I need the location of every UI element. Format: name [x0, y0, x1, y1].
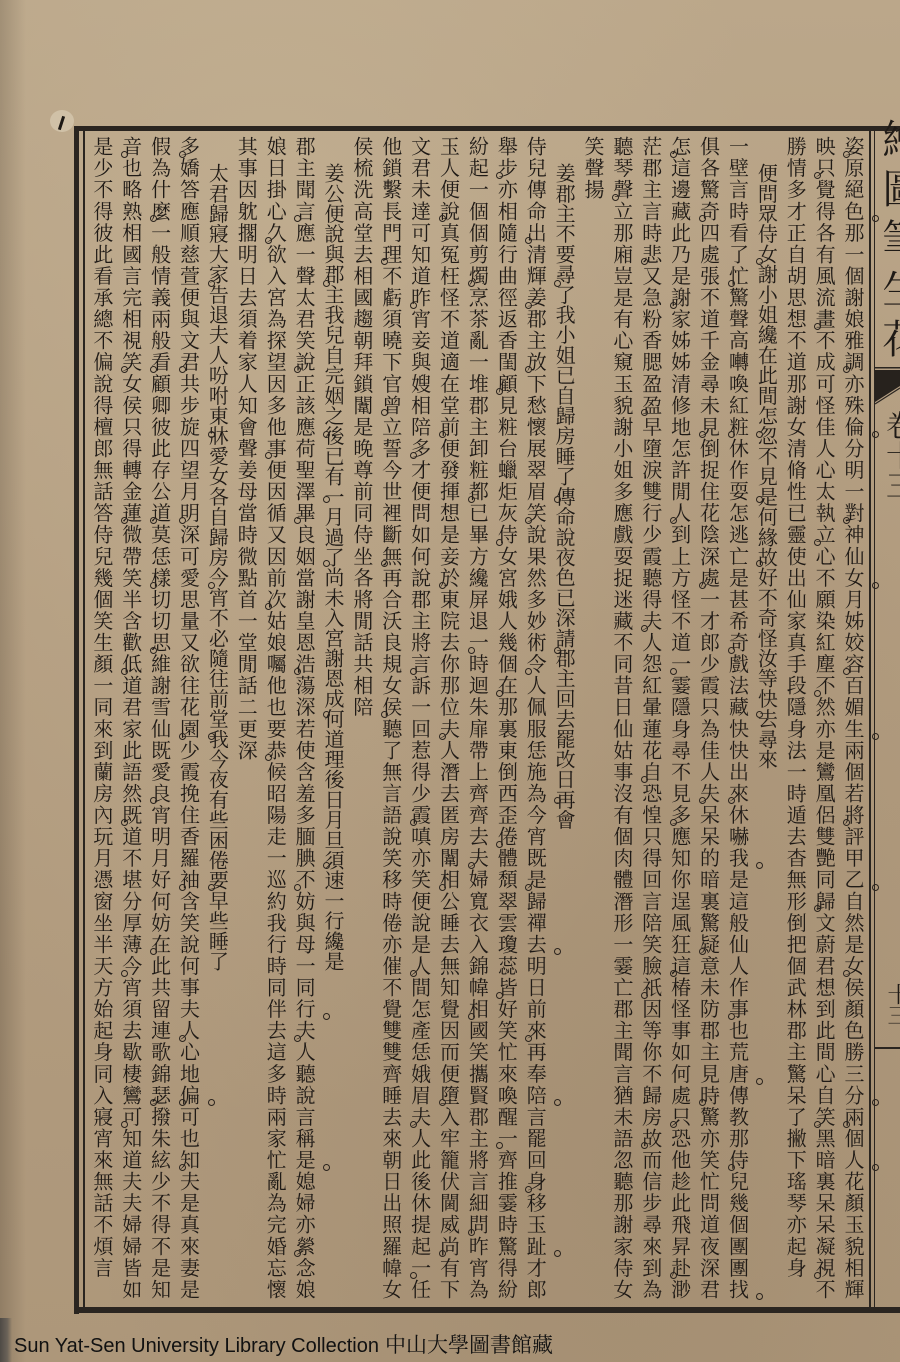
- text-column: 他鎖繫長門理不虧。須曉下官曾立誓。今世裡斷無再合沃良規。女侯聽了無言語。說笑移時…: [376, 136, 405, 1304]
- text-column: 笑聲揚。: [578, 136, 607, 1304]
- text-body: 姿原絕色。那一個謝娘雅調亦殊倫。分明一對神仙女。月姊姣容百媚生。兩個若將評甲乙。…: [86, 136, 867, 1304]
- text-column: 舉步亦相隨。行曲徑。返香閨。顧見粧台蠟炬灰。侍女宮娥人幾個。在那裏東倒西歪倦體頹…: [491, 136, 520, 1304]
- text-column: 假。為什麼一般情義兩般看。顧卿彼此存公道。莫恁樣切切思維謝雪仙。既愛良宵明月好。…: [145, 136, 174, 1304]
- margin-column-page-rule: [875, 1047, 900, 1049]
- text-column-prose: 太君歸寢大家告退夫人吩咐東牀愛女各自歸房今宵不必隨往前堂我今夜有些困倦要早些睡了: [203, 136, 232, 1304]
- frame-border-top: [74, 126, 900, 131]
- text-column: 玉人便說真冤枉。怪不道適在堂前便發揮。想是妾於東院去。你那位夫人潛去匿房闈。相公…: [434, 136, 463, 1304]
- text-column: 映。只覺得各有風流畫不成。可怪佳人心太執。立心不願染紅塵。不然亦是鸞凰侶。雙艷同…: [809, 136, 838, 1304]
- frame-border-bottom: [74, 1307, 900, 1313]
- caption-english: Sun Yat-Sen University Library Collectio…: [14, 1335, 379, 1357]
- text-column: 其事因躭擱。明日去須着家人知會聲。姜母當時微點首。一堂閒話二更深。: [231, 136, 260, 1304]
- page-number: 十三: [878, 983, 900, 1033]
- book-title-margin: 繪圖筆生花: [876, 118, 900, 363]
- text-column: 是。少不得彼此看承總不偏。說得檀郎無話答。侍兒幾個笑生顏。一同來到蘭房內。玩月憑…: [87, 136, 116, 1304]
- text-column-prose: 姜公便說與郡主我兒自完姻之後已有一月過了尚未入宮謝恩成何道理後日月旦須速一行纔是: [318, 136, 347, 1304]
- margin-column-rule-inner: [874, 131, 875, 1307]
- text-column: 俱各驚奇四處張。不道千金尋未見。倒捉住花陰深處一才郎。少霞只為佳人失。呆呆的暗裏…: [694, 136, 723, 1304]
- text-column: 怎這邊藏。此乃是謝家姊姊清修地。怎許閒人到上方。怪不道一霎隱身尋不見。多應知你逞…: [665, 136, 694, 1304]
- text-column-prose: 便問眾侍女謝小姐纔在此間怎忽不見是何緣故好不奇怪汝等快去尋來: [751, 136, 780, 1304]
- margin-column-rule-outer: [869, 131, 871, 1307]
- text-column: 茫。郡主言時悲又急。粉香腮盈盈早墮淚雙行。少霞聽得夫人怨。紅暈蓮花自恐惶。只得回…: [636, 136, 665, 1304]
- scan-edge-shadow: [0, 1318, 12, 1362]
- frame-border-left: [74, 126, 79, 1314]
- text-column: 多嬌答應順慈萱。便與文君共步旋。四望月明深可愛。思量又欲往花園。少霞挽住香羅袖。…: [174, 136, 203, 1304]
- frame-inner-left-rule: [83, 131, 85, 1307]
- text-column: 侍兒傳命出清輝。姜郡主放下愁懷展翠眉。笑說果然多妙術。令人佩服恁施為。今宵既是歸…: [520, 136, 549, 1304]
- caption-chinese: 中山大學圖書館藏: [385, 1333, 553, 1357]
- text-column: 聽琴聲立那廂。豈是有心窺玉貌。謝小姐多應戲耍捉迷藏。不同昔日仙姑事。沒有個肉體潛…: [607, 136, 636, 1304]
- fishtail-ornament-icon: [870, 364, 900, 408]
- text-column-prose: 姜郡主不要尋了我小姐已自歸房睡了傳命說夜色已深請郡主回去罷改日再會: [549, 136, 578, 1304]
- collection-caption: Sun Yat-Sen University Library Collectio…: [14, 1332, 553, 1358]
- text-column: 郡主聞言應一聲。太君笑說正該應。荷聖澤。畢良姻。當謝皇恩浩蕩深。若使含羞多腼腆。…: [289, 136, 318, 1304]
- text-column: 娘日掛心。久欲入宮為探望。因多他事便因循。又因前次姑娘囑。他也要恭候昭陽走一巡。…: [260, 136, 289, 1304]
- text-column: 紛起。一個個剪燭烹茶亂一堆。郡主卸粧都已畢。方纔屏退一時迴。朱扉帶上齊齊去。夫婦…: [463, 136, 492, 1304]
- text-column: 文君未達。可知道昨宵妾與嫂相陪。多才便問如何說。郡主將言訴一回。惹得少霞嗔亦笑。…: [405, 136, 434, 1304]
- text-column: 音也略熟。相國言完相視笑。女侯只得轉金蓮。微帶笑。半含歡。低道君家此語然。既道不…: [116, 136, 145, 1304]
- text-column: 勝情。多才正自胡思想。不道那謝女清脩性已靈。使出仙家真手段。隱身法一時遁去杳無形…: [780, 136, 809, 1304]
- text-column: 侯梳洗高堂去。相國趨朝拜鎖闈。是晚尊前同侍坐。各將閒話共相陪。: [347, 136, 376, 1304]
- text-column: 一壁言時看了。忙驚聲高囀喚紅粧。休作耍。怎逃亡。是甚希奇戲法藏。快快出來休嚇我。…: [723, 136, 752, 1304]
- text-column: 姿原絕色。那一個謝娘雅調亦殊倫。分明一對神仙女。月姊姣容百媚生。兩個若將評甲乙。…: [838, 136, 867, 1304]
- volume-label: 卷十三: [877, 410, 900, 510]
